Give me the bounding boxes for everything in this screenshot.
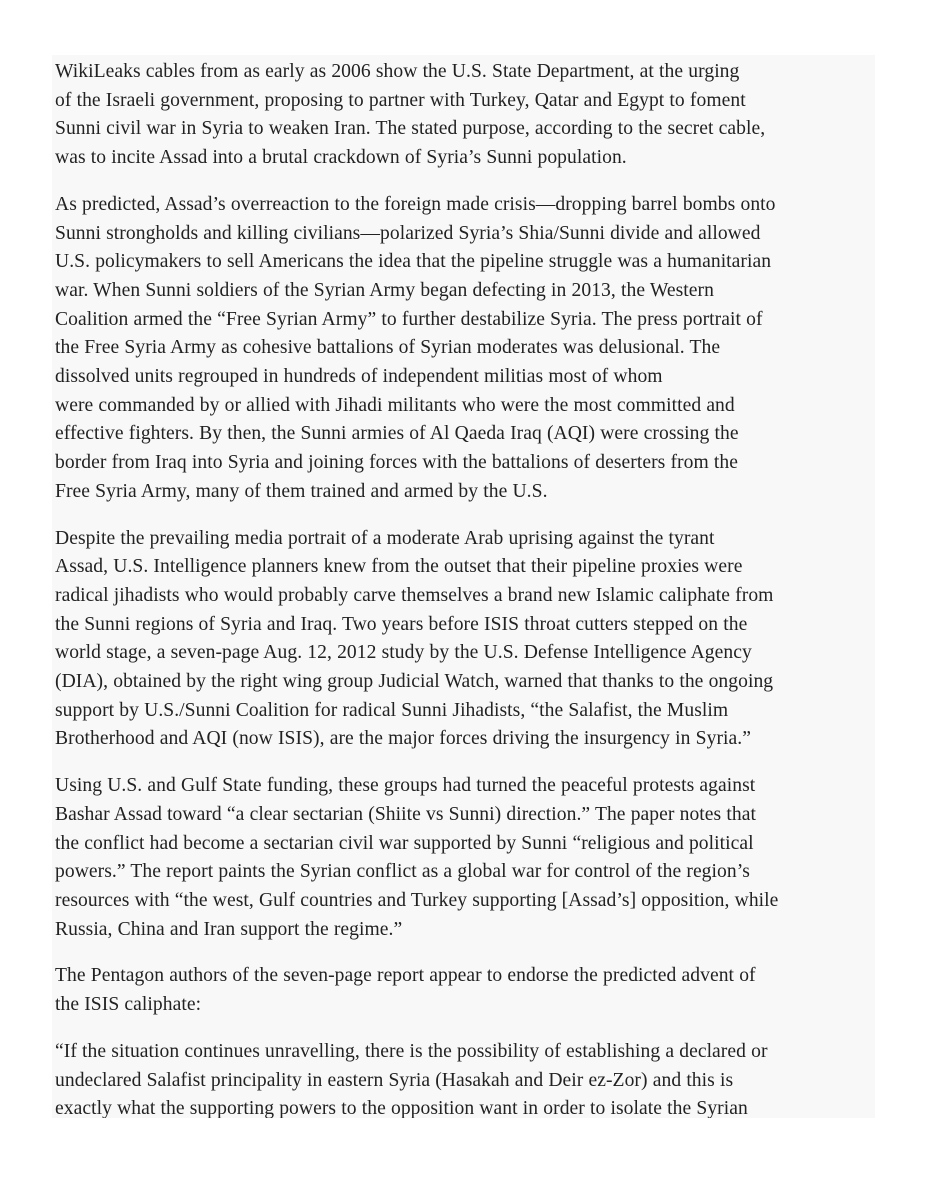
text-line: “If the situation continues unravelling,… xyxy=(55,1038,875,1067)
text-line: Coalition armed the “Free Syrian Army” t… xyxy=(55,306,875,335)
text-line: war. When Sunni soldiers of the Syrian A… xyxy=(55,277,875,306)
text-line: resources with “the west, Gulf countries… xyxy=(55,887,875,916)
text-line: the Free Syria Army as cohesive battalio… xyxy=(55,334,875,363)
paragraph-wikileaks-cables: WikiLeaks cables from as early as 2006 s… xyxy=(55,58,875,173)
text-line: As predicted, Assad’s overreaction to th… xyxy=(55,191,875,220)
text-line: support by U.S./Sunni Coalition for radi… xyxy=(55,697,875,726)
text-line: was to incite Assad into a brutal crackd… xyxy=(55,144,875,173)
text-line: (DIA), obtained by the right wing group … xyxy=(55,668,875,697)
paragraph-gulf-funding: Using U.S. and Gulf State funding, these… xyxy=(55,772,875,944)
text-line: the ISIS caliphate: xyxy=(55,991,875,1020)
text-line: were commanded by or allied with Jihadi … xyxy=(55,392,875,421)
text-line: Russia, China and Iran support the regim… xyxy=(55,916,875,945)
text-line: WikiLeaks cables from as early as 2006 s… xyxy=(55,58,875,87)
paragraph-assad-overreaction: As predicted, Assad’s overreaction to th… xyxy=(55,191,875,507)
text-line: radical jihadists who would probably car… xyxy=(55,582,875,611)
text-line: Using U.S. and Gulf State funding, these… xyxy=(55,772,875,801)
text-line: world stage, a seven-page Aug. 12, 2012 … xyxy=(55,639,875,668)
text-line: Brotherhood and AQI (now ISIS), are the … xyxy=(55,725,875,754)
text-line: Free Syria Army, many of them trained an… xyxy=(55,478,875,507)
paragraph-pentagon-authors: The Pentagon authors of the seven-page r… xyxy=(55,962,875,1019)
text-line: undeclared Salafist principality in east… xyxy=(55,1067,875,1096)
text-line: powers.” The report paints the Syrian co… xyxy=(55,858,875,887)
text-line: exactly what the supporting powers to th… xyxy=(55,1095,875,1118)
text-line: Assad, U.S. Intelligence planners knew f… xyxy=(55,553,875,582)
text-line: Bashar Assad toward “a clear sectarian (… xyxy=(55,801,875,830)
text-line: Sunni civil war in Syria to weaken Iran.… xyxy=(55,115,875,144)
text-line: the conflict had become a sectarian civi… xyxy=(55,830,875,859)
text-line: dissolved units regrouped in hundreds of… xyxy=(55,363,875,392)
paragraph-quote-salafist-principality: “If the situation continues unravelling,… xyxy=(55,1038,875,1118)
text-line: border from Iraq into Syria and joining … xyxy=(55,449,875,478)
text-line: of the Israeli government, proposing to … xyxy=(55,87,875,116)
paragraph-dia-study: Despite the prevailing media portrait of… xyxy=(55,525,875,755)
text-line: U.S. policymakers to sell Americans the … xyxy=(55,248,875,277)
article-body: WikiLeaks cables from as early as 2006 s… xyxy=(52,55,875,1118)
text-line: Despite the prevailing media portrait of… xyxy=(55,525,875,554)
text-line: the Sunni regions of Syria and Iraq. Two… xyxy=(55,611,875,640)
text-line: Sunni strongholds and killing civilians—… xyxy=(55,220,875,249)
text-line: The Pentagon authors of the seven-page r… xyxy=(55,962,875,991)
text-line: effective fighters. By then, the Sunni a… xyxy=(55,420,875,449)
